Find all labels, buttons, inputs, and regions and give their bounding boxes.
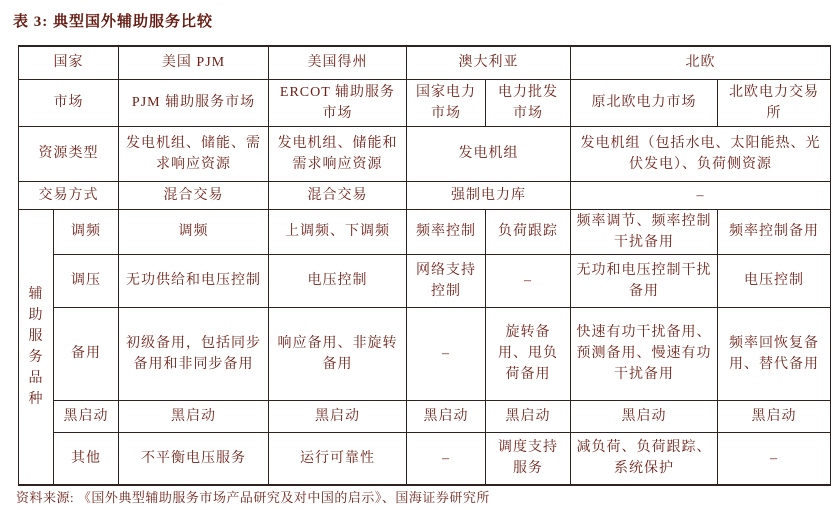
report-page: 表 3: 典型国外辅助服务比较 国家 美国 PJM 美国得州 澳大利亚 北欧 市… xyxy=(0,0,833,510)
cell-trading-texas: 混合交易 xyxy=(269,181,407,209)
row-blackstart-label: 黑启动 xyxy=(54,400,119,432)
cell-market-nordic2: 北欧电力交易所 xyxy=(718,79,831,126)
cell-resource-pjm: 发电机组、储能、需求响应资源 xyxy=(119,126,269,181)
cell-other-aus2: 调度支持服务 xyxy=(486,432,571,485)
row-resource: 资源类型 发电机组、储能、需求响应资源 发电机组、储能和需求响应资源 发电机组 … xyxy=(19,126,831,181)
cell-voltage-aus1: 网络支持控制 xyxy=(407,254,486,307)
row-other: 其他 不平衡电压服务 运行可靠性 – 调度支持服务 减负荷、负荷跟踪、系统保护 … xyxy=(19,432,831,485)
cell-voltage-nordic2: 电压控制 xyxy=(718,254,831,307)
cell-reserve-texas: 响应备用、非旋转备用 xyxy=(269,307,407,400)
cell-resource-nordic: 发电机组（包括水电、太阳能热、光伏发电）、负荷侧资源 xyxy=(571,126,831,181)
row-other-label: 其他 xyxy=(54,432,119,485)
header-nordic: 北欧 xyxy=(571,46,831,79)
row-blackstart: 黑启动 黑启动 黑启动 黑启动 黑启动 黑启动 黑启动 xyxy=(19,400,831,432)
row-resource-label: 资源类型 xyxy=(19,126,119,181)
header-texas: 美国得州 xyxy=(269,46,407,79)
cell-market-pjm: PJM 辅助服务市场 xyxy=(119,79,269,126)
cell-frequency-texas: 上调频、下调频 xyxy=(269,209,407,254)
header-country: 国家 xyxy=(19,46,119,79)
cell-reserve-nordic1: 快速有功干扰备用、预测备用、慢速有功干扰备用 xyxy=(571,307,718,400)
cell-voltage-pjm: 无功供给和电压控制 xyxy=(119,254,269,307)
services-group-label: 辅助服务品种 xyxy=(19,209,54,485)
cell-frequency-nordic2: 频率控制备用 xyxy=(718,209,831,254)
cell-trading-nordic: – xyxy=(571,181,831,209)
cell-reserve-aus2: 旋转备用、甩负荷备用 xyxy=(486,307,571,400)
cell-blackstart-aus2: 黑启动 xyxy=(486,400,571,432)
header-australia: 澳大利亚 xyxy=(407,46,571,79)
cell-blackstart-pjm: 黑启动 xyxy=(119,400,269,432)
cell-resource-australia: 发电机组 xyxy=(407,126,571,181)
row-frequency-label: 调频 xyxy=(54,209,119,254)
row-frequency: 辅助服务品种 调频 调频 上调频、下调频 频率控制 负荷跟踪 频率调节、频率控制… xyxy=(19,209,831,254)
cell-other-nordic1: 减负荷、负荷跟踪、系统保护 xyxy=(571,432,718,485)
cell-voltage-aus2: – xyxy=(486,254,571,307)
cell-blackstart-aus1: 黑启动 xyxy=(407,400,486,432)
cell-other-aus1: – xyxy=(407,432,486,485)
cell-voltage-nordic1: 无功和电压控制干扰备用 xyxy=(571,254,718,307)
header-pjm: 美国 PJM xyxy=(119,46,269,79)
cell-market-nordic1: 原北欧电力市场 xyxy=(571,79,718,126)
cell-frequency-pjm: 调频 xyxy=(119,209,269,254)
cell-frequency-aus2: 负荷跟踪 xyxy=(486,209,571,254)
row-reserve: 备用 初级备用，包括同步备用和非同步备用 响应备用、非旋转备用 – 旋转备用、甩… xyxy=(19,307,831,400)
cell-other-pjm: 不平衡电压服务 xyxy=(119,432,269,485)
cell-voltage-texas: 电压控制 xyxy=(269,254,407,307)
row-market-label: 市场 xyxy=(19,79,119,126)
comparison-table: 国家 美国 PJM 美国得州 澳大利亚 北欧 市场 PJM 辅助服务市场 ERC… xyxy=(18,45,831,486)
cell-frequency-aus1: 频率控制 xyxy=(407,209,486,254)
cell-other-texas: 运行可靠性 xyxy=(269,432,407,485)
row-voltage-label: 调压 xyxy=(54,254,119,307)
cell-reserve-aus1: – xyxy=(407,307,486,400)
cell-blackstart-texas: 黑启动 xyxy=(269,400,407,432)
source-note: 资料来源: 《国外典型辅助服务市场产品研究及对中国的启示》、国海证券研究所 xyxy=(16,487,490,506)
cell-reserve-pjm: 初级备用，包括同步备用和非同步备用 xyxy=(119,307,269,400)
row-trading-label: 交易方式 xyxy=(19,181,119,209)
cell-reserve-nordic2: 频率回恢复备用、替代备用 xyxy=(718,307,831,400)
cell-resource-texas: 发电机组、储能和需求响应资源 xyxy=(269,126,407,181)
row-reserve-label: 备用 xyxy=(54,307,119,400)
cell-other-nordic2: – xyxy=(718,432,831,485)
table-title: 表 3: 典型国外辅助服务比较 xyxy=(13,10,213,31)
row-market: 市场 PJM 辅助服务市场 ERCOT 辅助服务市场 国家电力市场 电力批发市场… xyxy=(19,79,831,126)
row-voltage: 调压 无功供给和电压控制 电压控制 网络支持控制 – 无功和电压控制干扰备用 电… xyxy=(19,254,831,307)
cell-trading-australia: 强制电力库 xyxy=(407,181,571,209)
cell-frequency-nordic1: 频率调节、频率控制干扰备用 xyxy=(571,209,718,254)
cell-market-texas: ERCOT 辅助服务市场 xyxy=(269,79,407,126)
cell-blackstart-nordic1: 黑启动 xyxy=(571,400,718,432)
cell-blackstart-nordic2: 黑启动 xyxy=(718,400,831,432)
row-trading: 交易方式 混合交易 混合交易 强制电力库 – xyxy=(19,181,831,209)
cell-trading-pjm: 混合交易 xyxy=(119,181,269,209)
cell-market-aus2: 电力批发市场 xyxy=(486,79,571,126)
header-row: 国家 美国 PJM 美国得州 澳大利亚 北欧 xyxy=(19,46,831,79)
cell-market-aus1: 国家电力市场 xyxy=(407,79,486,126)
